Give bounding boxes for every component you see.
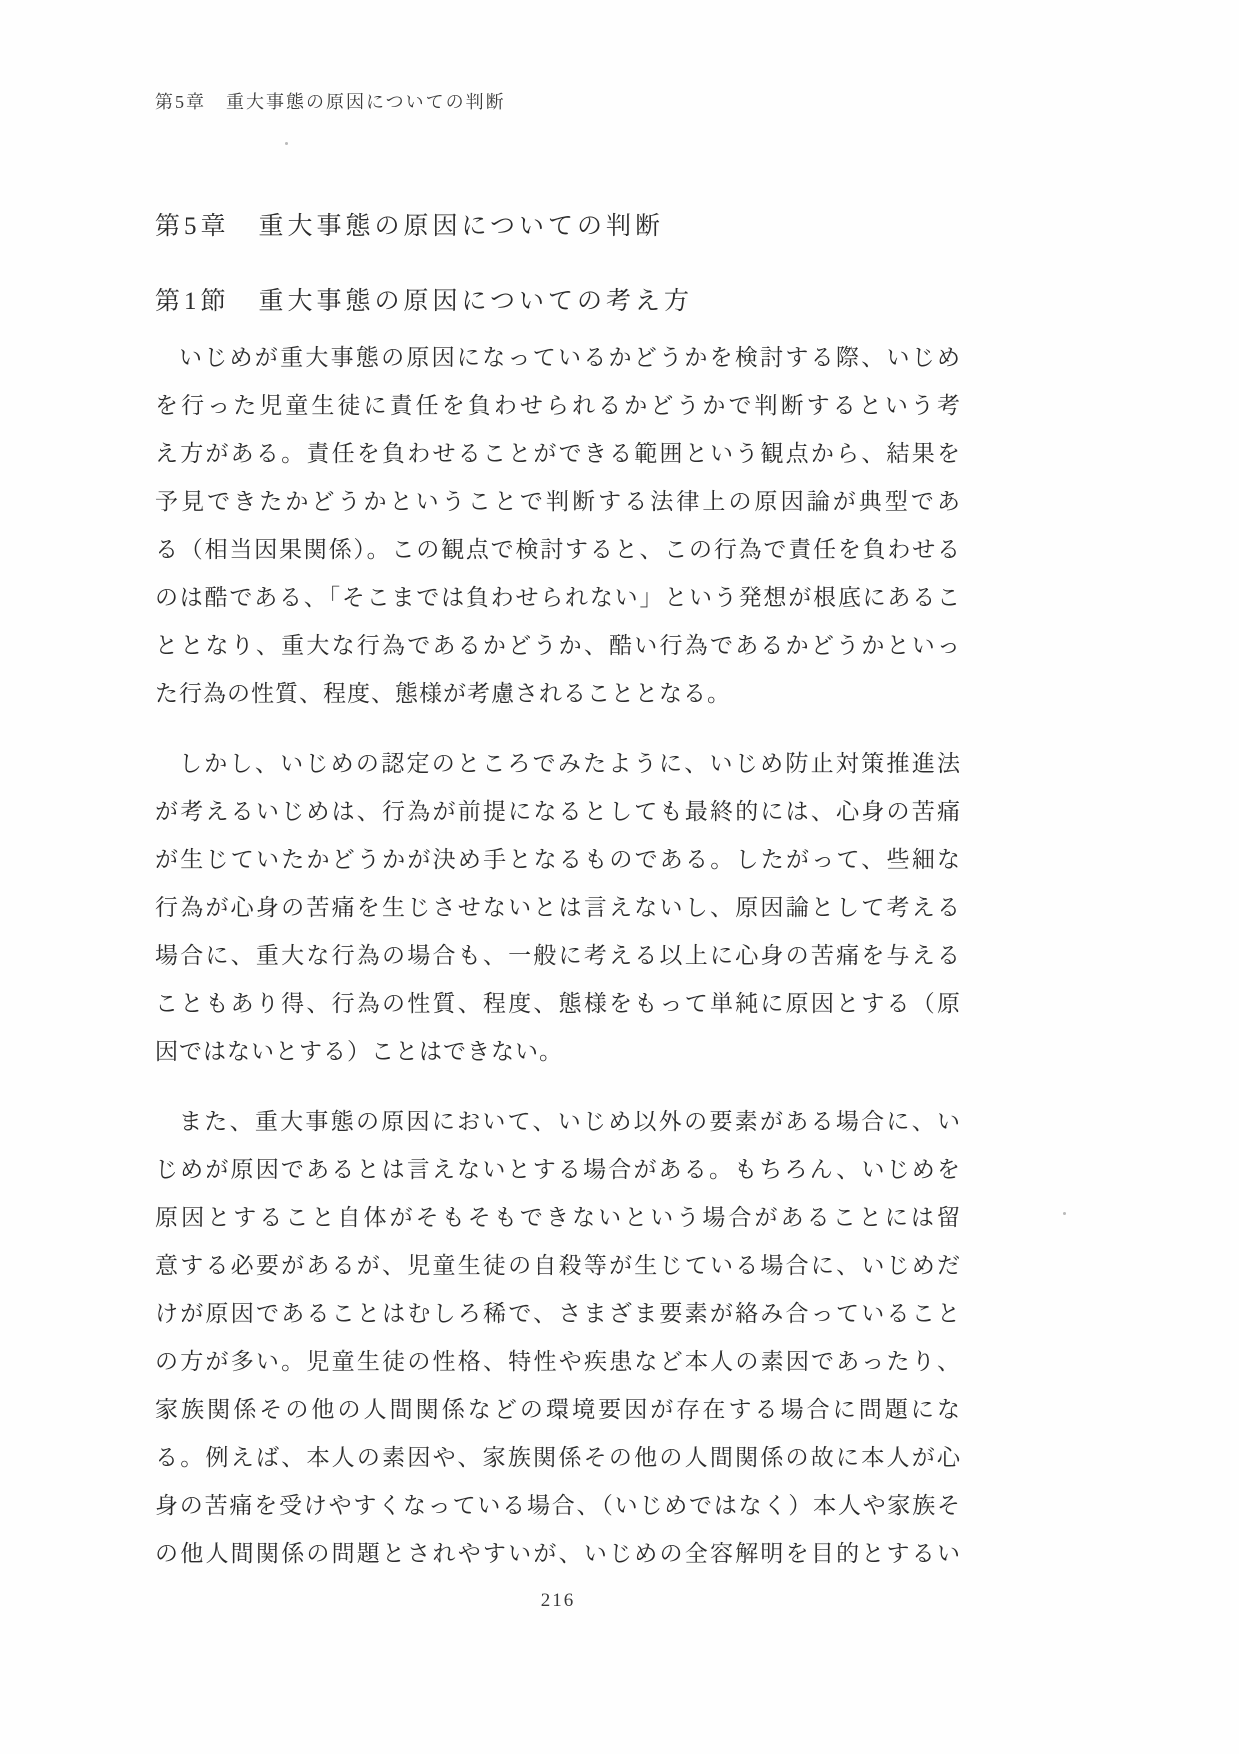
paragraph-1: いじめが重大事態の原因になっているかどうかを検討する際、いじめ を行った児童生徒… [155,334,961,718]
text-line: の方が多い。児童生徒の性格、特性や疾患など本人の素因であったり、 [155,1338,961,1386]
text-line: の他人間関係の問題とされやすいが、いじめの全容解明を目的とするい [155,1530,961,1578]
text-line: 身の苦痛を受けやすくなっている場合、（いじめではなく）本人や家族そ [155,1482,961,1530]
scan-artifact [285,142,288,145]
running-header: 第5章 重大事態の原因についての判断 [155,88,506,114]
section-heading: 第1節 重大事態の原因についての考え方 [155,281,693,317]
text-line: た行為の性質、程度、態様が考慮されることとなる。 [155,670,961,718]
scan-artifact [1063,1212,1066,1215]
text-line: る。例えば、本人の素因や、家族関係その他の人間関係の故に本人が心 [155,1434,961,1482]
text-line: しかし、いじめの認定のところでみたように、いじめ防止対策推進法 [155,740,961,788]
text-line: また、重大事態の原因において、いじめ以外の要素がある場合に、い [155,1098,961,1146]
text-line: え方がある。責任を負わせることができる範囲という観点から、結果を [155,430,961,478]
text-line: のは酷である、「そこまでは負わせられない」という発想が根底にあるこ [155,574,961,622]
text-line: 場合に、重大な行為の場合も、一般に考える以上に心身の苦痛を与える [155,932,961,980]
page-number: 216 [155,1590,961,1612]
document-page: 第5章 重大事態の原因についての判断 第5章 重大事態の原因についての判断 第1… [0,0,1239,1754]
text-line: 家族関係その他の人間関係などの環境要因が存在する場合に問題にな [155,1386,961,1434]
paragraph-3: また、重大事態の原因において、いじめ以外の要素がある場合に、い じめが原因である… [155,1098,961,1578]
text-line: 行為が心身の苦痛を生じさせないとは言えないし、原因論として考える [155,884,961,932]
text-line: を行った児童生徒に責任を負わせられるかどうかで判断するという考 [155,382,961,430]
text-line: が考えるいじめは、行為が前提になるとしても最終的には、心身の苦痛 [155,788,961,836]
text-line: 因ではないとする）ことはできない。 [155,1028,961,1076]
chapter-heading: 第5章 重大事態の原因についての判断 [155,206,664,242]
body-text: いじめが重大事態の原因になっているかどうかを検討する際、いじめ を行った児童生徒… [155,334,961,1600]
text-line: 原因とすること自体がそもそもできないという場合があることには留 [155,1194,961,1242]
text-line: ととなり、重大な行為であるかどうか、酷い行為であるかどうかといっ [155,622,961,670]
text-line: 予見できたかどうかということで判断する法律上の原因論が典型であ [155,478,961,526]
text-line: いじめが重大事態の原因になっているかどうかを検討する際、いじめ [155,334,961,382]
text-line: けが原因であることはむしろ稀で、さまざま要素が絡み合っていること [155,1290,961,1338]
text-line: が生じていたかどうかが決め手となるものである。したがって、些細な [155,836,961,884]
text-line: る（相当因果関係）。この観点で検討すると、この行為で責任を負わせる [155,526,961,574]
text-line: こともあり得、行為の性質、程度、態様をもって単純に原因とする（原 [155,980,961,1028]
paragraph-2: しかし、いじめの認定のところでみたように、いじめ防止対策推進法 が考えるいじめは… [155,740,961,1076]
text-line: じめが原因であるとは言えないとする場合がある。もちろん、いじめを [155,1146,961,1194]
text-line: 意する必要があるが、児童生徒の自殺等が生じている場合に、いじめだ [155,1242,961,1290]
